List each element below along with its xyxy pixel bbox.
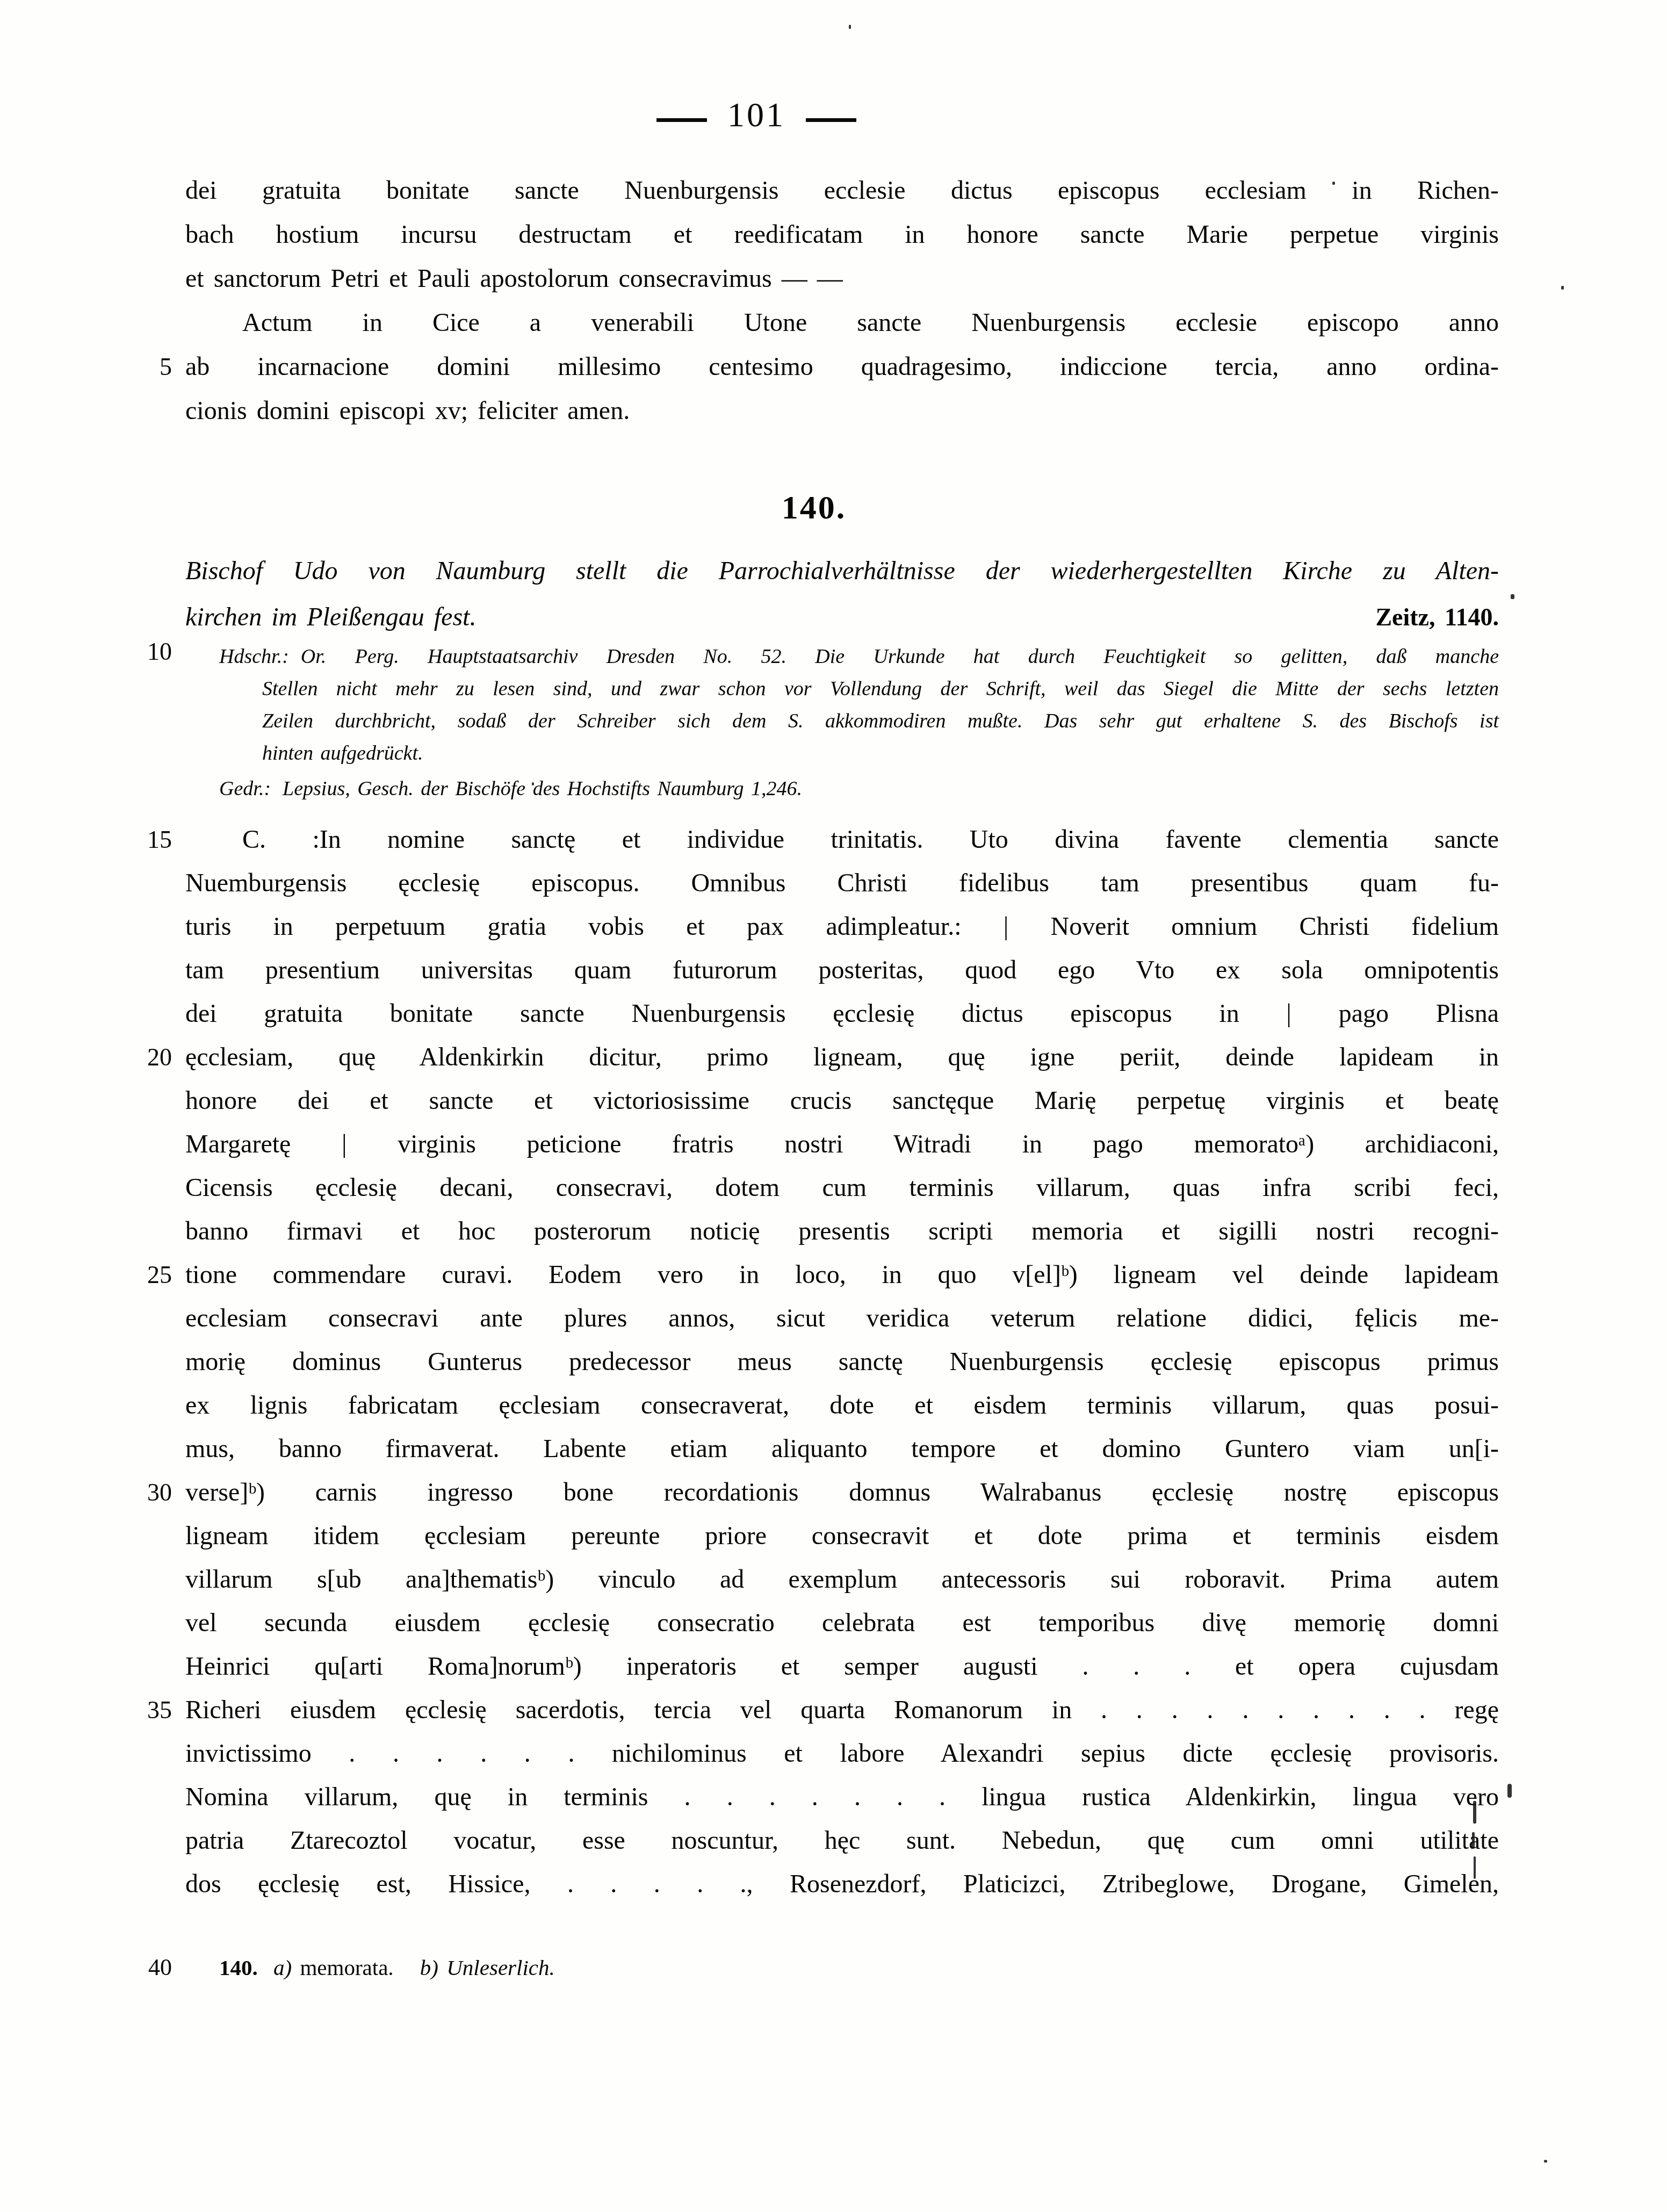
text-line: cionis domini episcopi xv; feliciter ame… xyxy=(185,389,1499,433)
margin-line-number: 40 xyxy=(133,1950,172,1985)
footnote-entry-number: 140. xyxy=(219,1955,258,1980)
text-line: C. :In nomine sanctę et individue trinit… xyxy=(185,818,1499,861)
scan-speck xyxy=(1561,286,1564,290)
scan-speck xyxy=(532,782,534,786)
text-line: vel secunda eiusdem ęcclesię consecratio… xyxy=(185,1601,1499,1645)
margin-line-number: 30 xyxy=(133,1471,172,1514)
margin-line-number: 10 xyxy=(133,636,172,668)
text-line: villarum s[ub ana]thematisᵇ) vinculo ad … xyxy=(185,1558,1499,1601)
note-label: Gedr.: xyxy=(219,777,271,800)
scan-speck xyxy=(1472,1832,1475,1848)
note-line: hinten aufgedrückt. xyxy=(262,737,1499,769)
regest-line: kirchen im Pleißengau fest. Zeitz, 1140. xyxy=(185,594,1499,640)
text-line: honore dei et sancte et victoriosissime … xyxy=(185,1079,1499,1122)
text-line: et sanctorum Petri et Pauli apostolorum … xyxy=(185,257,1499,301)
note-line: Hdschr.:Or. Perg. Hauptstaatsarchiv Dres… xyxy=(219,640,1499,673)
text-line: morię dominus Gunterus predecessor meus … xyxy=(185,1340,1499,1384)
margin-line-number: 20 xyxy=(133,1035,172,1079)
text-line: mus, banno firmaverat. Labente etiam ali… xyxy=(185,1427,1499,1471)
text-line: tam presentium universitas quam futuroru… xyxy=(185,948,1499,992)
text-line: Margaretę | virginis peticione fratris n… xyxy=(185,1122,1499,1166)
text-line: dos ęcclesię est, Hissice, . . . . ., Ro… xyxy=(185,1862,1499,1906)
charter-text: C. :In nomine sanctę et individue trinit… xyxy=(185,818,1499,1906)
scan-speck xyxy=(1332,182,1335,185)
note-label: Hdschr.: xyxy=(219,645,289,668)
gedruckt-note: Gedr.:Lepsius, Gesch. der Bischöfe des H… xyxy=(219,773,1499,805)
text-line: Nomina villarum, quę in terminis . . . .… xyxy=(185,1775,1499,1819)
entry-heading: 140. xyxy=(185,488,1442,528)
page-header: 101 xyxy=(656,96,856,134)
scan-speck xyxy=(1511,594,1514,599)
text-line: dei gratuita bonitate sancte Nuenburgens… xyxy=(185,992,1499,1035)
regest: Bischof Udo von Naumburg stellt die Parr… xyxy=(185,548,1499,640)
date-place: Zeitz, 1140. xyxy=(1375,594,1499,640)
text-line: ligneam itidem ęcclesiam pereunte priore… xyxy=(185,1514,1499,1558)
text-line: dei gratuita bonitate sancte Nuenburgens… xyxy=(185,169,1499,213)
text-line: patria Ztarecoztol vocatur, esse noscunt… xyxy=(185,1819,1499,1862)
text-line: ex lignis fabricatam ęcclesiam consecrav… xyxy=(185,1384,1499,1427)
margin-line-number: 15 xyxy=(133,818,172,861)
margin-line-number: 25 xyxy=(133,1253,172,1296)
text-line: turis in perpetuum gratia vobis et pax a… xyxy=(185,905,1499,948)
scan-speck xyxy=(1474,1856,1476,1879)
text-line: tione commendare curavi. Eodem vero in l… xyxy=(185,1253,1499,1296)
footnote-b-label: b) xyxy=(420,1955,438,1980)
text-line: bach hostium incursu destructam et reedi… xyxy=(185,213,1499,257)
margin-line-number: 35 xyxy=(133,1688,172,1732)
text-line: ęcclesiam, quę Aldenkirkin dicitur, prim… xyxy=(185,1035,1499,1079)
regest-line-end: kirchen im Pleißengau fest. xyxy=(185,594,476,640)
text-line: verse]ᵇ) carnis ingresso bone recordatio… xyxy=(185,1471,1499,1514)
scan-speck xyxy=(849,25,851,29)
note-line: Stellen nicht mehr zu lesen sind, und zw… xyxy=(262,673,1499,705)
text-line: ab incarnacione domini millesimo centesi… xyxy=(185,345,1499,389)
text-line: Actum in Cice a venerabili Utone sancte … xyxy=(185,301,1499,345)
footnote: 140. a) memorata. b) Unleserlich. xyxy=(219,1950,1499,1985)
previous-charter-text: dei gratuita bonitate sancte Nuenburgens… xyxy=(185,169,1499,433)
text-line: Heinrici qu[arti Roma]norumᵇ) inperatori… xyxy=(185,1645,1499,1688)
scan-speck xyxy=(1544,2160,1547,2163)
scan-speck xyxy=(1507,1784,1512,1798)
scan-speck xyxy=(1473,1801,1476,1824)
text-line: ecclesiam consecravi ante plures annos, … xyxy=(185,1296,1499,1340)
header-rule-left xyxy=(656,118,707,122)
footnote-b-text: Unleserlich. xyxy=(446,1955,555,1980)
text-line: Richeri eiusdem ęcclesię sacerdotis, ter… xyxy=(185,1688,1499,1732)
footnote-a-label: a) xyxy=(273,1955,292,1980)
text-line: Nuemburgensis ęcclesię episcopus. Omnibu… xyxy=(185,861,1499,905)
note-line: Zeilen durchbricht, sodaß der Schreiber … xyxy=(262,705,1499,737)
header-rule-right xyxy=(806,118,856,122)
text-line: invictissimo . . . . . . nichilominus et… xyxy=(185,1732,1499,1775)
page-number: 101 xyxy=(727,96,785,134)
note-text: Or. Perg. Hauptstaatsarchiv Dresden No. … xyxy=(301,645,1499,668)
note-text: Lepsius, Gesch. der Bischöfe des Hochsti… xyxy=(283,777,802,800)
text-line: banno firmavi et hoc posterorum noticię … xyxy=(185,1209,1499,1253)
regest-line: Bischof Udo von Naumburg stellt die Parr… xyxy=(185,548,1499,594)
margin-line-number: 5 xyxy=(133,345,172,388)
text-line: Cicensis ęcclesię decani, consecravi, do… xyxy=(185,1166,1499,1209)
handschrift-note: Hdschr.:Or. Perg. Hauptstaatsarchiv Dres… xyxy=(219,640,1499,769)
footnote-a-text: memorata. xyxy=(300,1955,393,1980)
scanned-book-page: 101 dei gratuita bonitate sancte Nuenbur… xyxy=(0,0,1667,2212)
